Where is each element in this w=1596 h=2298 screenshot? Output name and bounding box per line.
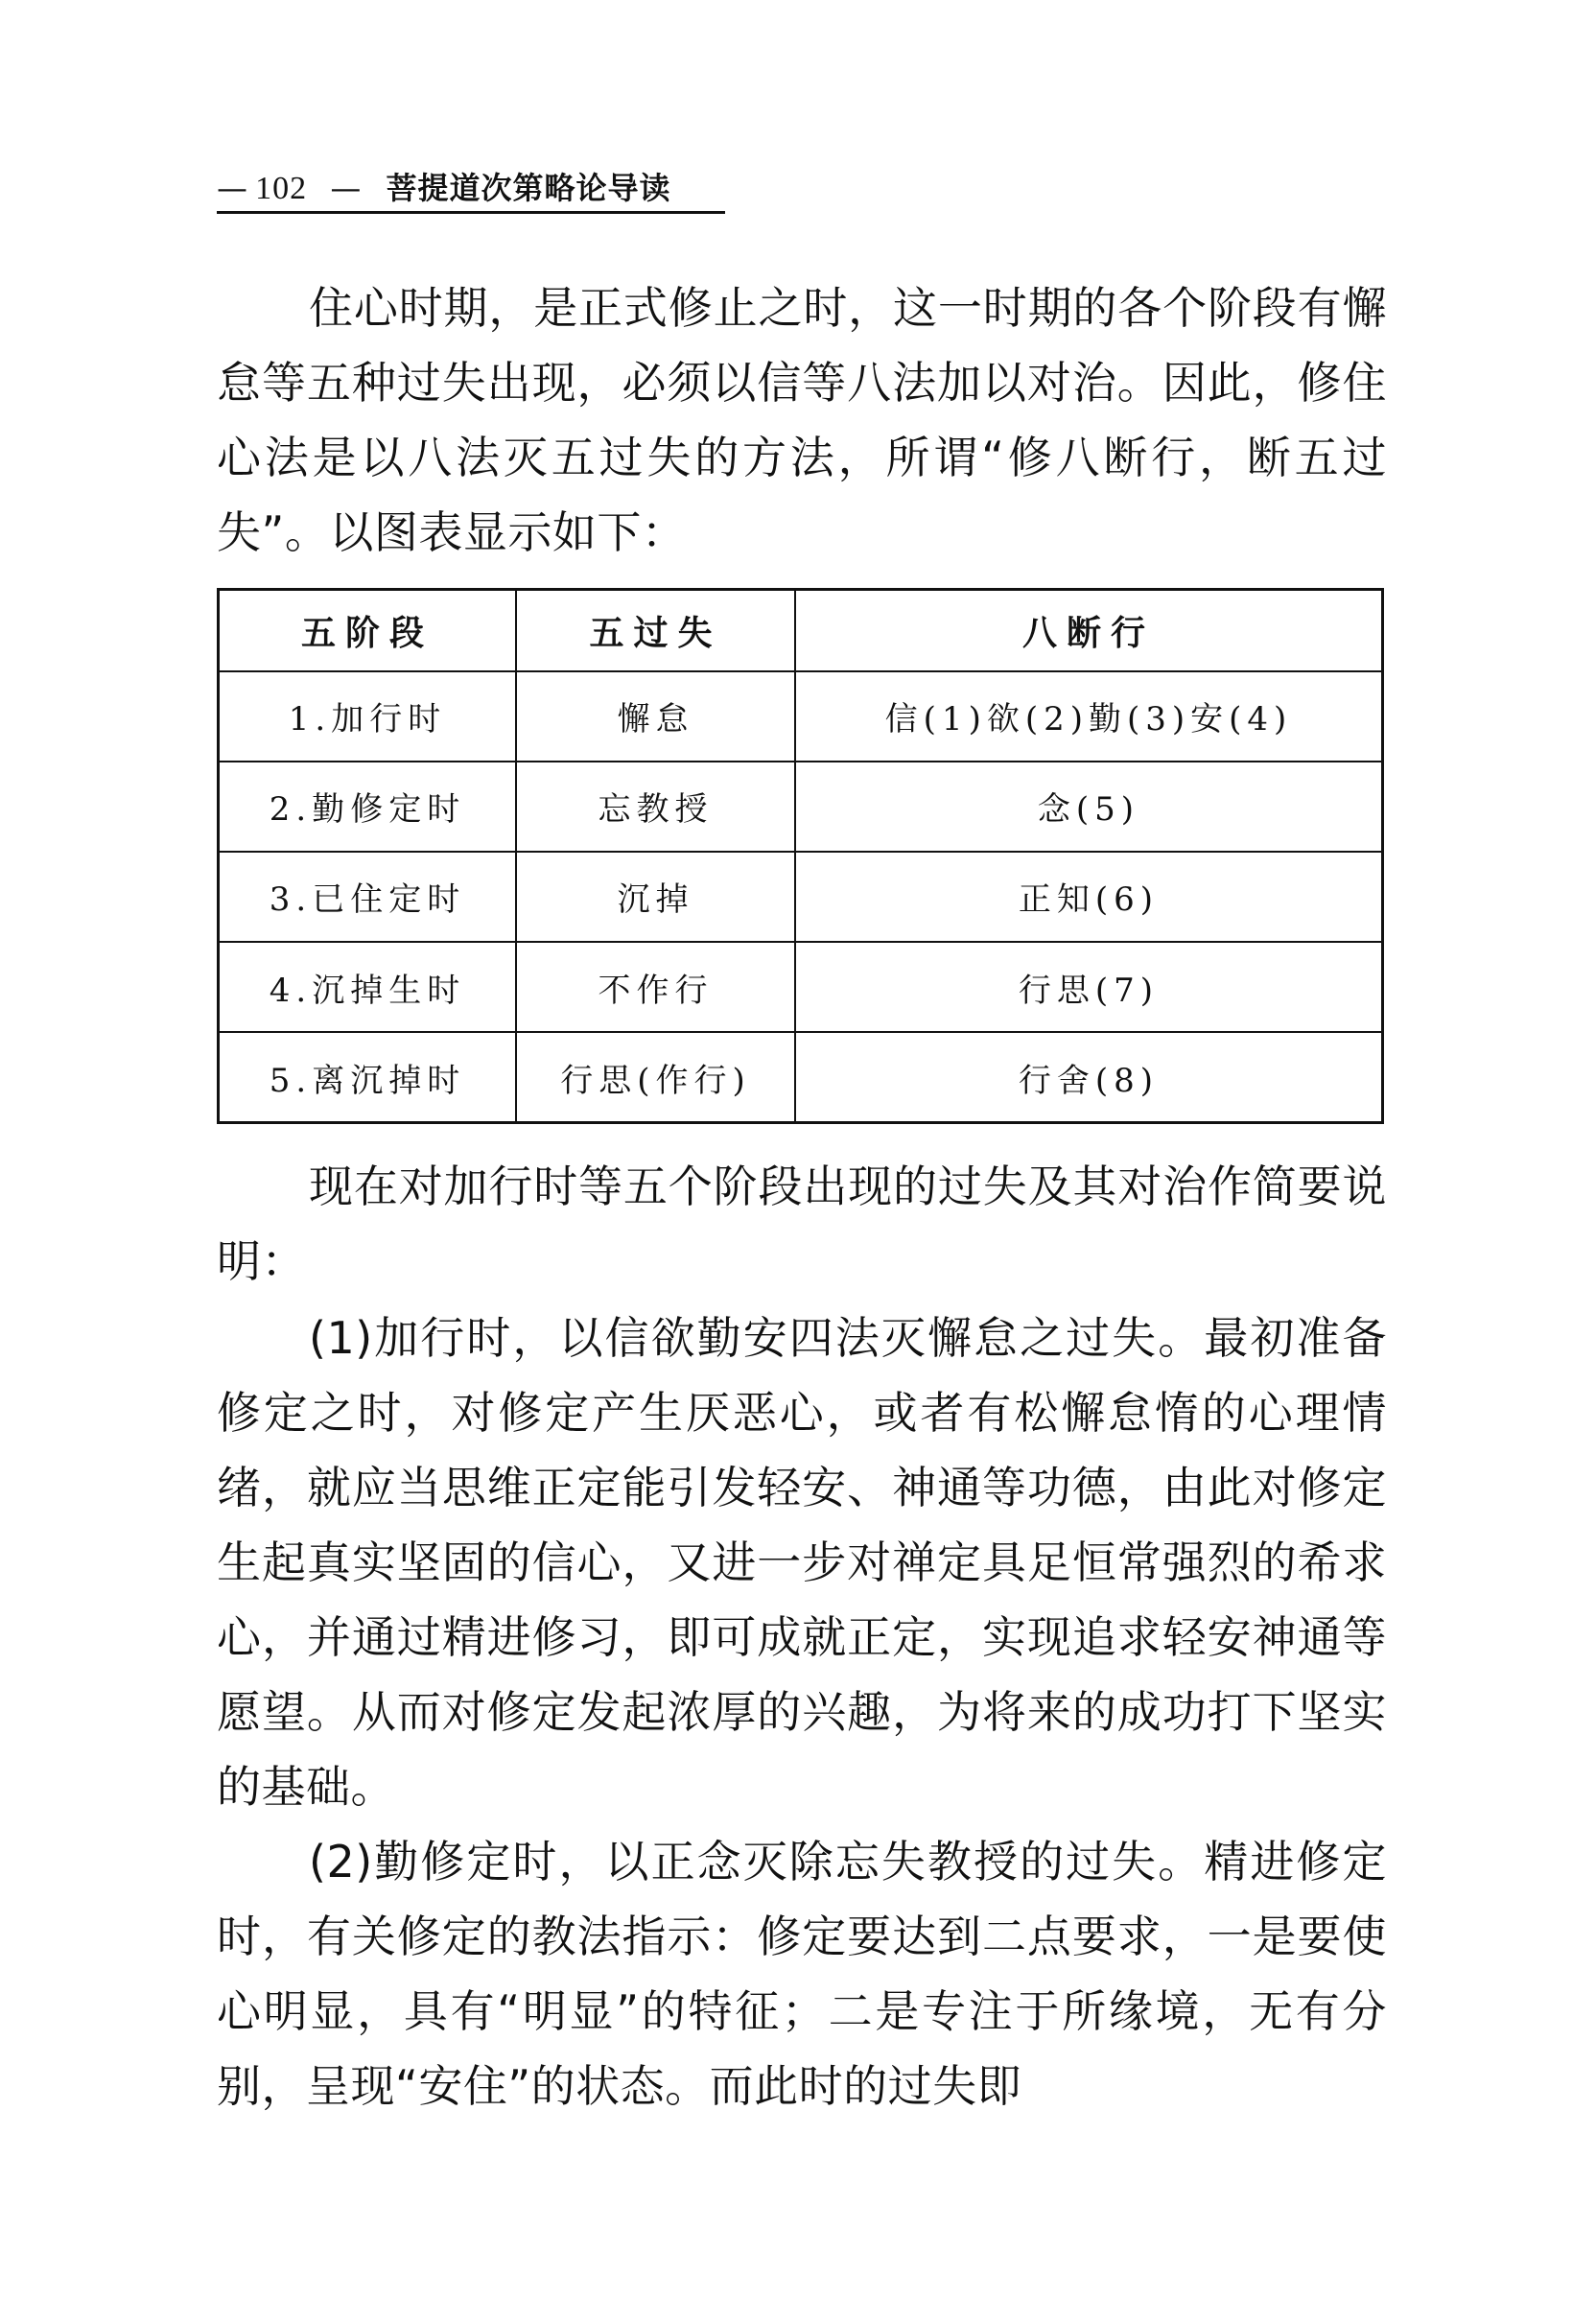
header-stages: 五阶段 xyxy=(219,590,517,671)
header-remedies: 八断行 xyxy=(795,590,1383,671)
cell-remedy: 行舍(8) xyxy=(795,1032,1383,1122)
table-row: 3.已住定时 沉掉 正知(6) xyxy=(219,852,1383,942)
table-row: 2.勤修定时 忘教授 念(5) xyxy=(219,762,1383,852)
cell-stage: 1.加行时 xyxy=(219,671,517,762)
cell-remedy: 正知(6) xyxy=(795,852,1383,942)
cell-fault: 行思(作行) xyxy=(516,1032,795,1122)
cell-stage: 2.勤修定时 xyxy=(219,762,517,852)
paragraph-summary: 现在对加行时等五个阶段出现的过失及其对治作简要说明： xyxy=(217,1149,1387,1299)
cell-fault: 不作行 xyxy=(516,942,795,1032)
stages-faults-remedies-table: 五阶段 五过失 八断行 1.加行时 懈怠 信(1)欲(2)勤(3)安(4) 2.… xyxy=(217,588,1384,1124)
paragraph-stage-2: (2)勤修定时，以正念灭除忘失教授的过失。精进修定时，有关修定的教法指示：修定要… xyxy=(217,1824,1387,2123)
paragraph-intro: 住心时期，是正式修止之时，这一时期的各个阶段有懈怠等五种过失出现，必须以信等八法… xyxy=(217,270,1387,570)
cell-remedy: 信(1)欲(2)勤(3)安(4) xyxy=(795,671,1383,762)
paragraph-stage-1: (1)加行时，以信欲勤安四法灭懈怠之过失。最初准备修定之时，对修定产生厌恶心，或… xyxy=(217,1301,1387,1824)
cell-remedy: 行思(7) xyxy=(795,942,1383,1032)
cell-remedy: 念(5) xyxy=(795,762,1383,852)
page-number: 102 xyxy=(255,171,307,206)
table-row: 1.加行时 懈怠 信(1)欲(2)勤(3)安(4) xyxy=(219,671,1383,762)
running-header: — 102 — 菩提道次第略论导读 xyxy=(217,169,725,214)
cell-fault: 沉掉 xyxy=(516,852,795,942)
header-dash-right: — xyxy=(330,169,359,207)
cell-stage: 4.沉掉生时 xyxy=(219,942,517,1032)
table-header-row: 五阶段 五过失 八断行 xyxy=(219,590,1383,671)
cell-stage: 5.离沉掉时 xyxy=(219,1032,517,1122)
book-title: 菩提道次第略论导读 xyxy=(387,170,671,206)
cell-fault: 忘教授 xyxy=(516,762,795,852)
header-dash-left: — xyxy=(217,169,246,207)
cell-stage: 3.已住定时 xyxy=(219,852,517,942)
table-row: 4.沉掉生时 不作行 行思(7) xyxy=(219,942,1383,1032)
table-row: 5.离沉掉时 行思(作行) 行舍(8) xyxy=(219,1032,1383,1122)
header-faults: 五过失 xyxy=(516,590,795,671)
cell-fault: 懈怠 xyxy=(516,671,795,762)
